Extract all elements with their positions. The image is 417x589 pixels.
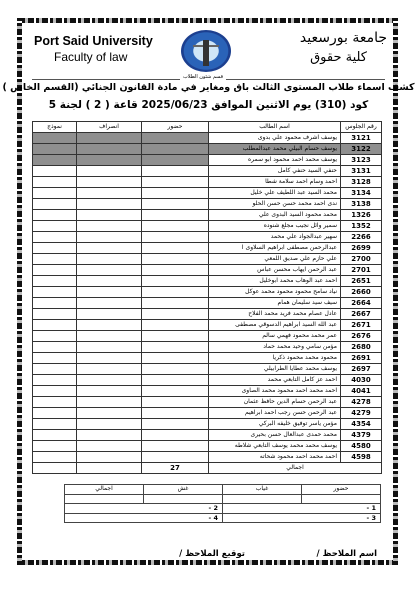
departure-cell[interactable] <box>77 441 142 452</box>
table-row: 3123يوسف محمد احمد محمود ابو سمره <box>33 155 382 166</box>
form-cell[interactable] <box>33 155 77 166</box>
attendance-cell[interactable] <box>142 430 209 441</box>
attendance-cell[interactable] <box>142 375 209 386</box>
seat-number: 4278 <box>341 397 382 408</box>
attendance-cell[interactable] <box>142 210 209 221</box>
departure-cell[interactable] <box>77 298 142 309</box>
summary-line-row: 3 - 4 - <box>65 513 381 523</box>
student-name: ندى احمد محمد حسن حسن الحلو <box>209 199 341 210</box>
summary-header-cheating: غش <box>144 485 223 495</box>
table-row: 2697يوسف محمد عطايا الطرابيلي <box>33 364 382 375</box>
exam-details: كود (310) يوم الاثنين الموافق 2025/06/23… <box>0 99 417 111</box>
seat-number: 4580 <box>341 441 382 452</box>
form-cell[interactable] <box>33 265 77 276</box>
departure-cell[interactable] <box>77 188 142 199</box>
total-label: اجمالي <box>209 463 382 474</box>
student-name: محمد السيد عبد اللطيف علي خليل <box>209 188 341 199</box>
summary-line-2[interactable]: 2 - <box>65 504 223 514</box>
seat-number: 2676 <box>341 331 382 342</box>
departure-cell[interactable] <box>77 232 142 243</box>
column-header-attendance: حضور <box>142 122 209 133</box>
form-cell[interactable] <box>33 408 77 419</box>
seat-number: 3123 <box>341 155 382 166</box>
departure-cell[interactable] <box>77 309 142 320</box>
total-empty-cell <box>77 463 142 474</box>
form-cell[interactable] <box>33 210 77 221</box>
attendance-cell[interactable] <box>142 287 209 298</box>
observer-signature-label: توقيع الملاحظ / <box>179 549 245 559</box>
attendance-cell[interactable] <box>142 265 209 276</box>
attendance-cell[interactable] <box>142 320 209 331</box>
seat-number: 4279 <box>341 408 382 419</box>
attendance-cell[interactable] <box>142 276 209 287</box>
student-name: عبد الله السيد ابراهيم الدسوقي مصطفى <box>209 320 341 331</box>
form-cell[interactable] <box>33 331 77 342</box>
departure-cell[interactable] <box>77 177 142 188</box>
form-cell[interactable] <box>33 166 77 177</box>
document-title: كشف اسماء طلاب المستوى الثالث باق ومغاير… <box>0 82 417 93</box>
logo-lighthouse <box>203 40 209 66</box>
table-row: 2699عبدالرحمن مصطفى ابراهيم السلاوى ا <box>33 243 382 254</box>
form-cell[interactable] <box>33 221 77 232</box>
table-row: 2701عبد الرحمن ايهاب محسن عباس <box>33 265 382 276</box>
column-header-name: اسم الطالب <box>209 122 341 133</box>
form-cell[interactable] <box>33 199 77 210</box>
form-cell[interactable] <box>33 287 77 298</box>
form-cell[interactable] <box>33 419 77 430</box>
student-name: احمد وسام احمد سلامة شطا <box>209 177 341 188</box>
summary-header-attendance: حضور <box>302 485 381 495</box>
attendance-cell[interactable] <box>142 397 209 408</box>
form-cell[interactable] <box>33 188 77 199</box>
observer-name-label: اسم الملاحظ / <box>317 549 377 559</box>
table-row: 3128احمد وسام احمد سلامة شطا <box>33 177 382 188</box>
university-name-ar: جامعة بورسعيد <box>300 30 387 46</box>
column-header-form: نموذج <box>33 122 77 133</box>
attendance-cell[interactable] <box>142 144 209 155</box>
attendance-cell[interactable] <box>142 177 209 188</box>
form-cell[interactable] <box>33 309 77 320</box>
total-value: 27 <box>142 463 209 474</box>
decorative-border-top <box>17 18 398 23</box>
form-cell[interactable] <box>33 375 77 386</box>
student-name: مؤمن ياسر توفيق خليفه البركي <box>209 419 341 430</box>
column-header-departure: انصراف <box>77 122 142 133</box>
table-row: 1326محمد محمود السيد البدوى علي <box>33 210 382 221</box>
departure-cell[interactable] <box>77 265 142 276</box>
decorative-border-bottom <box>17 560 398 565</box>
summary-line-row: 1 - 2 - <box>65 504 381 514</box>
form-cell[interactable] <box>33 342 77 353</box>
departure-cell[interactable] <box>77 221 142 232</box>
seat-number: 2664 <box>341 298 382 309</box>
student-name: حنفي السيد حنفي كامل <box>209 166 341 177</box>
table-row: 4379محمد حمدى عبدالعال حسن بحيرى <box>33 430 382 441</box>
student-name: علي حازم علي صديق اللمعي <box>209 254 341 265</box>
seat-number: 3131 <box>341 166 382 177</box>
departure-cell[interactable] <box>77 419 142 430</box>
form-cell[interactable] <box>33 298 77 309</box>
attendance-cell[interactable] <box>142 188 209 199</box>
table-row: 4279عبد الرحمن حسن رجب احمد ابراهيم <box>33 408 382 419</box>
column-header-seat: رقم الجلوس <box>341 122 382 133</box>
student-name: يوسف محمد عطايا الطرابيلي <box>209 364 341 375</box>
departure-cell[interactable] <box>77 199 142 210</box>
seat-number: 4030 <box>341 375 382 386</box>
department-label: قسم شئون الطلاب <box>180 74 226 80</box>
departure-cell[interactable] <box>77 397 142 408</box>
student-name: يوسف محمد احمد محمود ابو سمره <box>209 155 341 166</box>
student-name: يوسف اشرف محمود علي بدوى <box>209 133 341 144</box>
form-cell[interactable] <box>33 254 77 265</box>
departure-cell[interactable] <box>77 375 142 386</box>
seat-number: 2266 <box>341 232 382 243</box>
form-cell[interactable] <box>33 397 77 408</box>
attendance-cell[interactable] <box>142 166 209 177</box>
table-row: 2691محمود محمد محمود ذكريا <box>33 353 382 364</box>
seat-number: 2699 <box>341 243 382 254</box>
seat-number: 4041 <box>341 386 382 397</box>
table-row: 2700علي حازم علي صديق اللمعي <box>33 254 382 265</box>
summary-header-absence: غياب <box>223 485 302 495</box>
summary-value-row <box>65 494 381 504</box>
attendance-cell[interactable] <box>142 331 209 342</box>
student-name: نياد سامح محمود محمود محمد عوكل <box>209 287 341 298</box>
form-cell[interactable] <box>33 243 77 254</box>
attendance-cell[interactable] <box>142 364 209 375</box>
seat-number: 1352 <box>341 221 382 232</box>
form-cell[interactable] <box>33 364 77 375</box>
form-cell[interactable] <box>33 276 77 287</box>
departure-cell[interactable] <box>77 430 142 441</box>
summary-table: حضور غياب غش اجمالي 1 - 2 - 3 - 4 - <box>64 484 381 523</box>
summary-total-value[interactable] <box>65 494 144 504</box>
table-row: 2680مؤمن سامي وحيد محمد حماد <box>33 342 382 353</box>
student-name: سيف سيد سليمان همام <box>209 298 341 309</box>
departure-cell[interactable] <box>77 155 142 166</box>
student-name: عبد الرحمن ايهاب محسن عباس <box>209 265 341 276</box>
seat-number: 3122 <box>341 144 382 155</box>
seat-number: 4598 <box>341 452 382 463</box>
student-name: عادل عصام محمد فريد محمد الفلاح <box>209 309 341 320</box>
form-cell[interactable] <box>33 144 77 155</box>
seat-number: 3128 <box>341 177 382 188</box>
total-row: اجمالي 27 <box>33 463 382 474</box>
student-name: احمد محمد احمد محمود محمد الصاوى <box>209 386 341 397</box>
table-row: 2671عبد الله السيد ابراهيم الدسوقي مصطفى <box>33 320 382 331</box>
university-name-en: Port Said University <box>34 34 153 48</box>
seat-number: 2697 <box>341 364 382 375</box>
departure-cell[interactable] <box>77 452 142 463</box>
attendance-cell[interactable] <box>142 199 209 210</box>
table-header-row: رقم الجلوس اسم الطالب حضور انصراف نموذج <box>33 122 382 133</box>
attendance-cell[interactable] <box>142 386 209 397</box>
table-row: 4041احمد محمد احمد محمود محمد الصاوى <box>33 386 382 397</box>
attendance-cell[interactable] <box>142 221 209 232</box>
summary-line-3[interactable]: 3 - <box>223 513 381 523</box>
seat-number: 2651 <box>341 276 382 287</box>
departure-cell[interactable] <box>77 320 142 331</box>
attendance-cell[interactable] <box>142 155 209 166</box>
attendance-cell[interactable] <box>142 441 209 452</box>
attendance-cell[interactable] <box>142 243 209 254</box>
attendance-cell[interactable] <box>142 309 209 320</box>
seat-number: 1326 <box>341 210 382 221</box>
attendance-cell[interactable] <box>142 254 209 265</box>
students-table-body: 3121يوسف اشرف محمود علي بدوى3122يوسف حسا… <box>33 133 382 463</box>
departure-cell[interactable] <box>77 133 142 144</box>
seat-number: 4354 <box>341 419 382 430</box>
table-row: 4580يوسف محمد محمد يوسف التابعي شلاطه <box>33 441 382 452</box>
student-name: احمد محمد احمد محمود شحاته <box>209 452 341 463</box>
summary-header-row: حضور غياب غش اجمالي <box>65 485 381 495</box>
table-row: 3121يوسف اشرف محمود علي بدوى <box>33 133 382 144</box>
departure-cell[interactable] <box>77 408 142 419</box>
student-name: احمد عز كامل التابعي محمد <box>209 375 341 386</box>
summary-header-total: اجمالي <box>65 485 144 495</box>
student-name: محمد حمدى عبدالعال حسن بحيرى <box>209 430 341 441</box>
student-name: يوسف حسام البيلي محمد عبدالمطلب <box>209 144 341 155</box>
form-cell[interactable] <box>33 452 77 463</box>
table-row: 3134محمد السيد عبد اللطيف علي خليل <box>33 188 382 199</box>
student-name: يوسف محمد محمد يوسف التابعي شلاطه <box>209 441 341 452</box>
departure-cell[interactable] <box>77 276 142 287</box>
seat-number: 3134 <box>341 188 382 199</box>
attendance-cell[interactable] <box>142 232 209 243</box>
table-row: 4598احمد محمد احمد محمود شحاته <box>33 452 382 463</box>
departure-cell[interactable] <box>77 243 142 254</box>
seat-number: 2701 <box>341 265 382 276</box>
departure-cell[interactable] <box>77 254 142 265</box>
table-row: 2676عمر محمد محمود فهمي سالم <box>33 331 382 342</box>
form-cell[interactable] <box>33 232 77 243</box>
table-row: 3122يوسف حسام البيلي محمد عبدالمطلب <box>33 144 382 155</box>
student-name: محمد محمود السيد البدوى علي <box>209 210 341 221</box>
table-row: 2667عادل عصام محمد فريد محمد الفلاح <box>33 309 382 320</box>
departure-cell[interactable] <box>77 166 142 177</box>
departure-cell[interactable] <box>77 342 142 353</box>
student-name: مؤمن سامي وحيد محمد حماد <box>209 342 341 353</box>
form-cell[interactable] <box>33 177 77 188</box>
faculty-name-ar: كلية حقوق <box>310 50 367 65</box>
departure-cell[interactable] <box>77 353 142 364</box>
faculty-name-en: Faculty of law <box>54 50 127 64</box>
form-cell[interactable] <box>33 386 77 397</box>
student-name: عمر محمد محمود فهمي سالم <box>209 331 341 342</box>
table-row: 3138ندى احمد محمد حسن حسن الحلو <box>33 199 382 210</box>
table-row: 2266سهير عبدالجواد علي محمد <box>33 232 382 243</box>
student-name: عبدالرحمن مصطفى ابراهيم السلاوى ا <box>209 243 341 254</box>
student-name: سمير وائل نجيب مجلع شنوده <box>209 221 341 232</box>
departure-cell[interactable] <box>77 287 142 298</box>
seat-number: 2660 <box>341 287 382 298</box>
attendance-cell[interactable] <box>142 452 209 463</box>
seat-number: 2700 <box>341 254 382 265</box>
summary-attendance-value[interactable] <box>302 494 381 504</box>
form-cell[interactable] <box>33 441 77 452</box>
seat-number: 2680 <box>341 342 382 353</box>
seat-number: 2671 <box>341 320 382 331</box>
table-row: 2664سيف سيد سليمان همام <box>33 298 382 309</box>
form-cell[interactable] <box>33 430 77 441</box>
summary-cheating-value[interactable] <box>144 494 223 504</box>
departure-cell[interactable] <box>77 364 142 375</box>
seat-number: 2691 <box>341 353 382 364</box>
table-row: 4278عبد الرحمن حسام الدين حافظ عثمان <box>33 397 382 408</box>
student-name: محمود محمد محمود ذكريا <box>209 353 341 364</box>
attendance-cell[interactable] <box>142 298 209 309</box>
total-empty-cell <box>33 463 77 474</box>
student-name: احمد عبد الوهاب محمد ابوخليل <box>209 276 341 287</box>
student-name: عبد الرحمن حسن رجب احمد ابراهيم <box>209 408 341 419</box>
form-cell[interactable] <box>33 133 77 144</box>
university-logo-icon <box>181 30 231 72</box>
attendance-cell[interactable] <box>142 342 209 353</box>
departure-cell[interactable] <box>77 144 142 155</box>
seat-number: 4379 <box>341 430 382 441</box>
seat-number: 2667 <box>341 309 382 320</box>
table-row: 2660نياد سامح محمود محمود محمد عوكل <box>33 287 382 298</box>
departure-cell[interactable] <box>77 210 142 221</box>
departure-cell[interactable] <box>77 386 142 397</box>
attendance-cell[interactable] <box>142 419 209 430</box>
table-row: 2651احمد عبد الوهاب محمد ابوخليل <box>33 276 382 287</box>
student-name: سهير عبدالجواد علي محمد <box>209 232 341 243</box>
seat-number: 3138 <box>341 199 382 210</box>
attendance-cell[interactable] <box>142 408 209 419</box>
attendance-cell[interactable] <box>142 353 209 364</box>
table-row: 4030احمد عز كامل التابعي محمد <box>33 375 382 386</box>
summary-line-1[interactable]: 1 - <box>223 504 381 514</box>
attendance-cell[interactable] <box>142 133 209 144</box>
summary-line-4[interactable]: 4 - <box>65 513 223 523</box>
form-cell[interactable] <box>33 353 77 364</box>
seat-number: 3121 <box>341 133 382 144</box>
table-row: 3131حنفي السيد حنفي كامل <box>33 166 382 177</box>
table-row: 4354مؤمن ياسر توفيق خليفه البركي <box>33 419 382 430</box>
form-cell[interactable] <box>33 320 77 331</box>
summary-absence-value[interactable] <box>223 494 302 504</box>
departure-cell[interactable] <box>77 331 142 342</box>
students-table: رقم الجلوس اسم الطالب حضور انصراف نموذج … <box>32 121 382 474</box>
table-row: 1352سمير وائل نجيب مجلع شنوده <box>33 221 382 232</box>
student-name: عبد الرحمن حسام الدين حافظ عثمان <box>209 397 341 408</box>
